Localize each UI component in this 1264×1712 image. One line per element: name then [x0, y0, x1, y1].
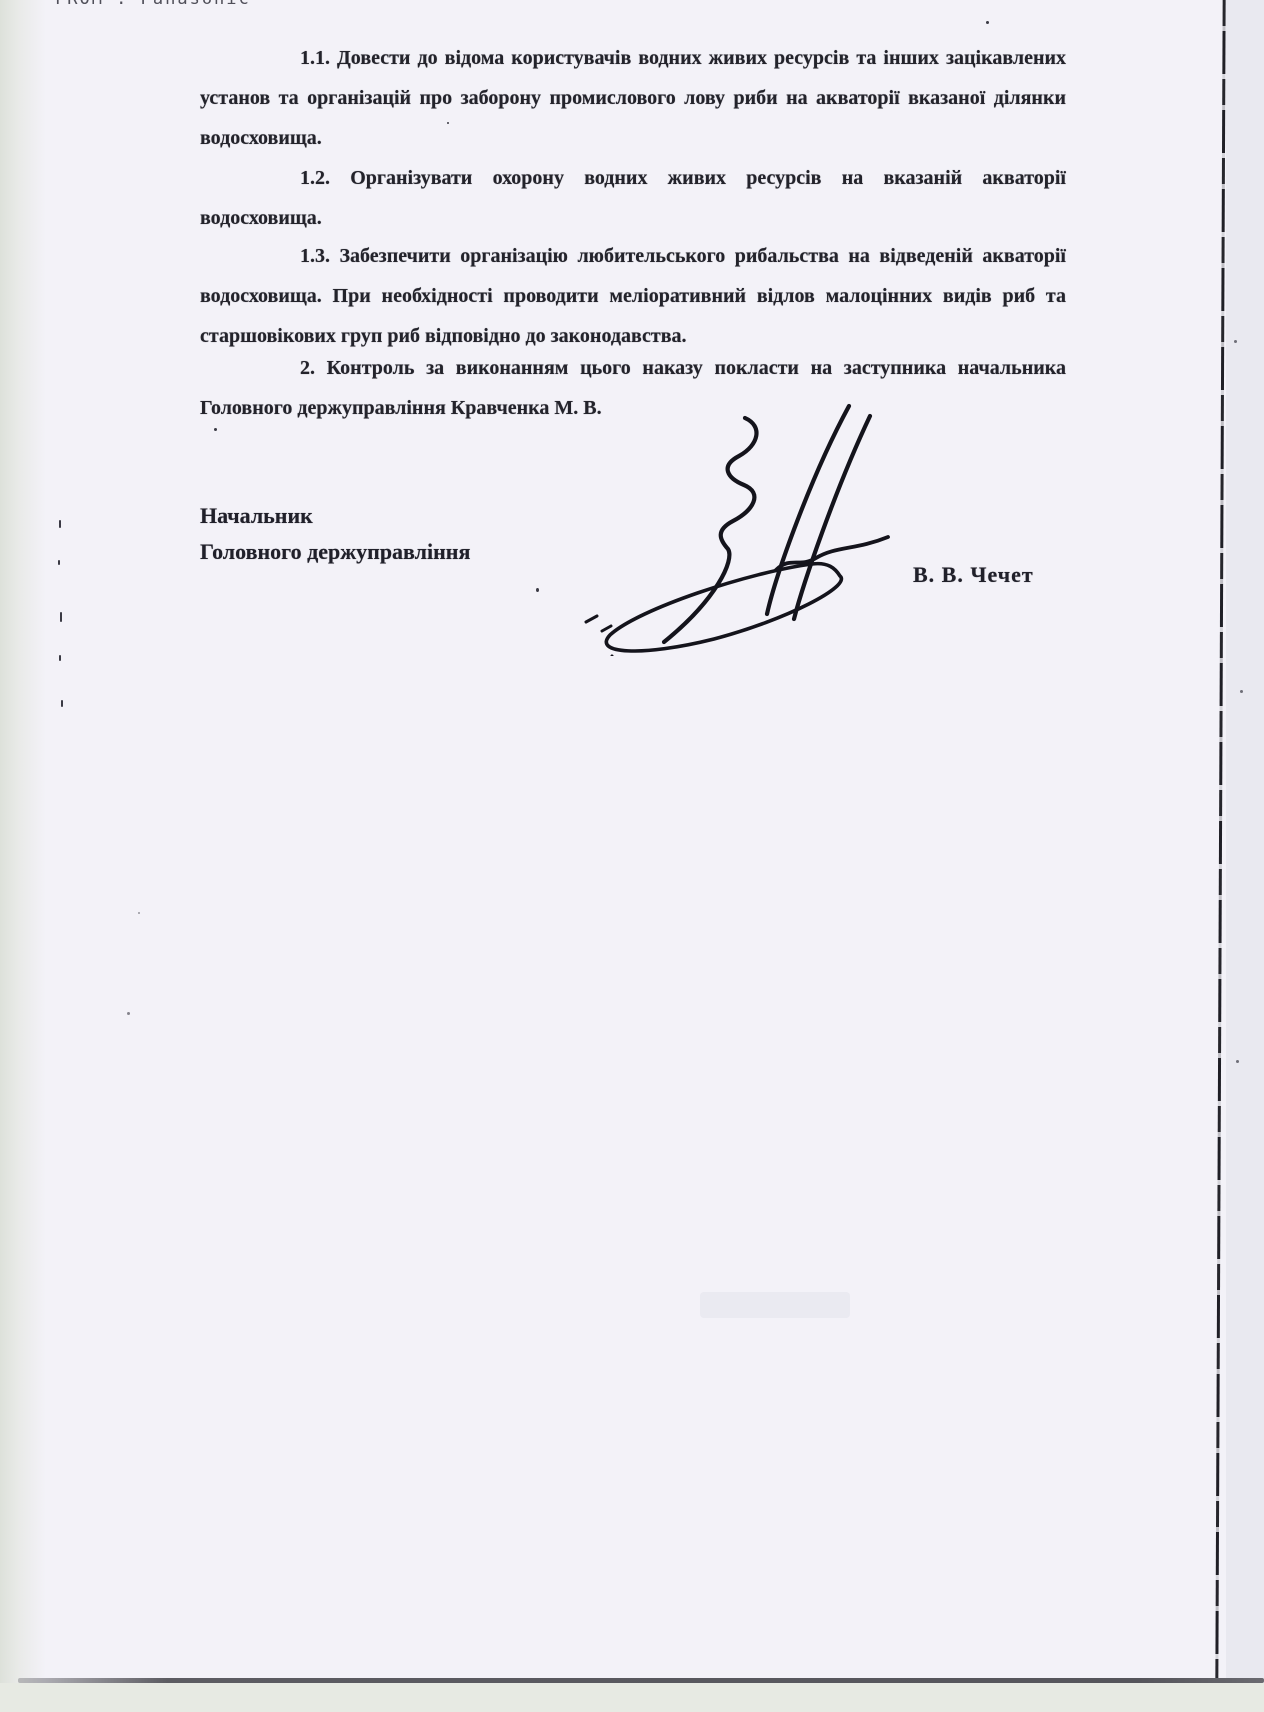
handwritten-signature	[548, 398, 908, 656]
scan-ghost-mark	[700, 1292, 850, 1318]
scan-speck	[986, 21, 989, 24]
scanned-document: FROM : Panasonic 1.1. Довести до відома …	[0, 0, 1264, 1712]
paper-right-fold	[1226, 0, 1264, 1684]
scan-speck	[536, 588, 539, 592]
scan-speck	[1240, 690, 1243, 693]
scan-speck	[1236, 1060, 1239, 1063]
scan-speck	[214, 428, 217, 431]
scan-speck	[61, 700, 63, 707]
signatory-name: В. В. Чечет	[913, 562, 1034, 588]
scan-speck	[59, 520, 61, 528]
scan-speck	[447, 122, 449, 124]
fax-header-text: FROM : Panasonic	[55, 0, 615, 9]
scan-speck	[1234, 340, 1237, 343]
paragraph-1-2: 1.2. Організувати охорону водних живих р…	[200, 158, 1066, 238]
fax-header: FROM : Panasonic	[55, 0, 615, 9]
scan-speck	[59, 655, 61, 661]
paragraph-1-3: 1.3. Забезпечити організацію любительськ…	[200, 236, 1066, 356]
scan-speck	[138, 912, 140, 914]
paper-left-edge	[0, 0, 46, 1684]
scan-speck	[127, 1012, 130, 1015]
scanner-background	[0, 1683, 1264, 1712]
paragraph-1-1: 1.1. Довести до відома користувачів водн…	[200, 38, 1066, 158]
scan-speck	[58, 560, 60, 565]
scan-speck	[60, 612, 62, 622]
